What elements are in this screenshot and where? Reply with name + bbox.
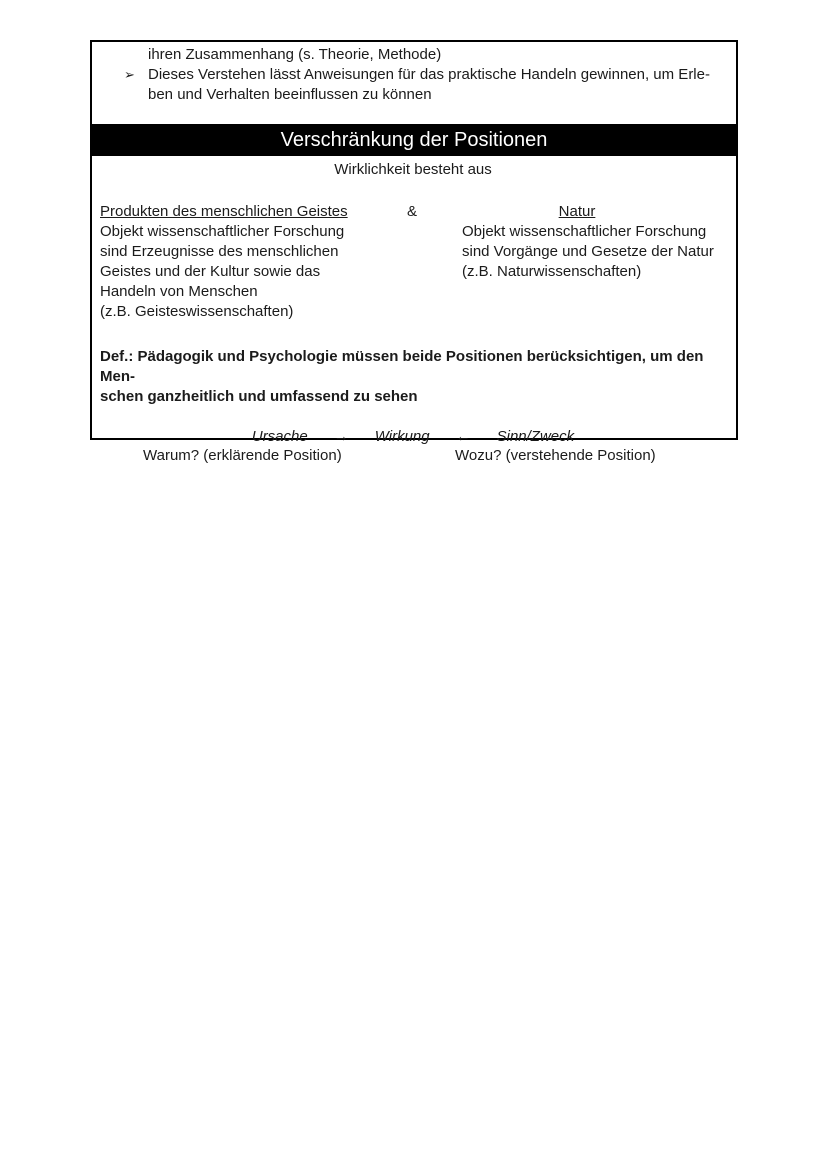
column-geisteswissenschaften: Produkten des menschlichen Geistes Objek… [100,202,410,322]
right-arrow-icon: → [334,427,349,447]
term-sinn-zweck: Sinn/Zweck [497,427,575,447]
term-wirkung: Wirkung [375,427,430,447]
bullet-text-line: Dieses Verstehen lässt Anweisungen für d… [148,65,710,85]
continuation-line: ihren Zusammenhang (s. Theorie, Methode) [148,45,722,65]
bullet-item: ➢ Dieses Verstehen lässt Anweisungen für… [148,65,722,105]
definition-line: schen ganzheitlich und umfassend zu sehe… [100,387,728,407]
column-left-line: Objekt wissenschaftlicher Forschung [100,222,410,242]
subtitle: Wirklichkeit besteht aus [98,160,728,180]
section-title: Verschränkung der Positionen [281,129,548,151]
document-page: ihren Zusammenhang (s. Theorie, Methode)… [0,0,828,1171]
definition-line: Def.: Pädagogik und Psychologie müssen b… [100,347,728,387]
ampersand-connector: & [407,202,417,222]
intro-section: ihren Zusammenhang (s. Theorie, Methode)… [92,42,736,124]
column-left-line: Geistes und der Kultur sowie das [100,262,410,282]
definition: Def.: Pädagogik und Psychologie müssen b… [98,347,728,407]
section-body: Wirklichkeit besteht aus Produkten des m… [92,160,736,465]
column-left-line: sind Erzeugnisse des menschlichen [100,242,410,262]
caption-wozu: Wozu? (verstehende Position) [455,447,656,464]
comparison-columns: Produkten des menschlichen Geistes Objek… [98,202,728,323]
column-right-line: sind Vorgänge und Gesetze der Natur [462,242,732,262]
column-right-heading: Natur [462,202,732,222]
notes-table: ihren Zusammenhang (s. Theorie, Methode)… [90,40,738,440]
bullet-text-line: ben und Verhalten beeinflussen zu können [148,85,710,105]
column-right-line: (z.B. Naturwissenschaften) [462,262,732,282]
column-right-line: Objekt wissenschaftlicher Forschung [462,222,732,242]
arrow-bullet-icon: ➢ [124,65,148,105]
column-naturwissenschaften: Natur Objekt wissenschaftlicher Forschun… [462,202,732,282]
diagram-terms-row: Ursache → Wirkung ← Sinn/Zweck [98,427,728,447]
column-left-line: Handeln von Menschen [100,282,410,302]
caption-warum: Warum? (erklärende Position) [143,447,342,464]
term-ursache: Ursache [252,427,308,447]
column-left-heading: Produkten des menschlichen Geistes [100,202,410,222]
column-left-line: (z.B. Geisteswissenschaften) [100,302,410,322]
diagram-captions-row: Warum? (erklärende Position) Wozu? (vers… [98,447,728,465]
cause-effect-diagram: Ursache → Wirkung ← Sinn/Zweck Warum? (e… [98,427,728,465]
section-header-band: Verschränkung der Positionen [92,124,736,156]
left-arrow-icon: ← [456,427,471,447]
bullet-text: Dieses Verstehen lässt Anweisungen für d… [148,65,710,105]
